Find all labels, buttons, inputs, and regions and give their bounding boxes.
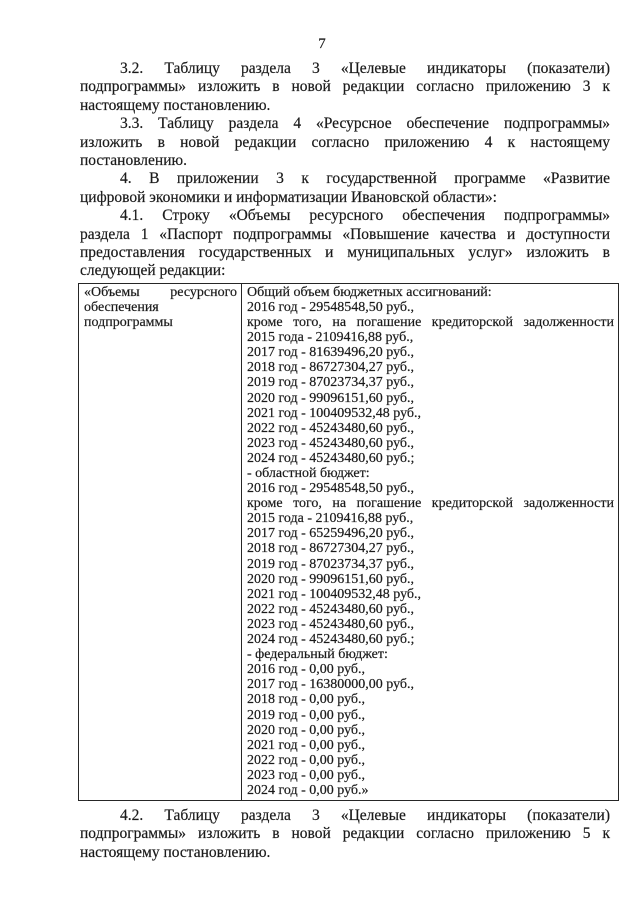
- text-line: кроме того, на погашение кредиторской за…: [247, 315, 614, 330]
- text-line: 2019 год - 0,00 руб.,: [247, 708, 614, 723]
- text-line: 2022 год - 45243480,60 руб.,: [247, 421, 614, 436]
- text-line: настоящему постановлению.: [80, 97, 610, 115]
- text-line: 2020 год - 99096151,60 руб.,: [247, 572, 614, 587]
- text-line: 2022 год - 0,00 руб.,: [247, 753, 614, 768]
- text-line: 2023 год - 45243480,60 руб.,: [247, 617, 614, 632]
- text-line: обеспечения: [84, 300, 237, 315]
- text-line: - областной бюджет:: [247, 466, 614, 481]
- text-line: 3.2. Таблицу раздела 3 «Целевые индикато…: [80, 60, 610, 78]
- text-line: 2024 год - 0,00 руб.»: [247, 783, 614, 798]
- text-line: 2018 год - 86727304,27 руб.,: [247, 541, 614, 556]
- text-line: 2021 год - 100409532,48 руб.,: [247, 406, 614, 421]
- text-line: 2015 года - 2109416,88 руб.,: [247, 511, 614, 526]
- text-line: 2016 год - 29548548,50 руб.,: [247, 300, 614, 315]
- text-line: 2023 год - 45243480,60 руб.,: [247, 436, 614, 451]
- paragraph-3-3: 3.3. Таблицу раздела 4 «Ресурсное обеспе…: [80, 115, 610, 170]
- text-line: кроме того, на погашение кредиторской за…: [247, 496, 614, 511]
- text-line: 4.1. Строку «Объемы ресурсного обеспечен…: [80, 207, 610, 225]
- text-line: 2017 год - 81639496,20 руб.,: [247, 345, 614, 360]
- row-values-cell: Общий объем бюджетных ассигнований:2016 …: [242, 283, 619, 800]
- text-line: цифровой экономики и информатизации Иван…: [80, 189, 610, 207]
- text-line: 2016 год - 29548548,50 руб.,: [247, 481, 614, 496]
- text-line: 2023 год - 0,00 руб.,: [247, 768, 614, 783]
- text-line: - федеральный бюджет:: [247, 647, 614, 662]
- text-line: 2024 год - 45243480,60 руб.;: [247, 451, 614, 466]
- text-line: 4.2. Таблицу раздела 3 «Целевые индикато…: [80, 807, 610, 825]
- text-line: подпрограммы» изложить в новой редакции …: [80, 78, 610, 96]
- text-line: 3.3. Таблицу раздела 4 «Ресурсное обеспе…: [80, 115, 610, 133]
- text-line: 2020 год - 99096151,60 руб.,: [247, 391, 614, 406]
- paragraph-3-2: 3.2. Таблицу раздела 3 «Целевые индикато…: [80, 60, 610, 115]
- document-page: 7 3.2. Таблицу раздела 3 «Целевые индика…: [0, 0, 640, 905]
- text-line: 2019 год - 87023734,37 руб.,: [247, 557, 614, 572]
- table-row: «Объемы ресурсногообеспеченияподпрограмм…: [79, 283, 619, 800]
- text-line: предоставления государственных и муницип…: [80, 244, 610, 262]
- text-line: раздела 1 «Паспорт подпрограммы «Повышен…: [80, 226, 610, 244]
- text-line: «Объемы ресурсного: [84, 285, 237, 300]
- text-line: 2018 год - 86727304,27 руб.,: [247, 360, 614, 375]
- text-line: 2021 год - 100409532,48 руб.,: [247, 587, 614, 602]
- text-line: 2019 год - 87023734,37 руб.,: [247, 375, 614, 390]
- text-line: подпрограммы» изложить в новой редакции …: [80, 825, 610, 843]
- row-header-cell: «Объемы ресурсногообеспеченияподпрограмм…: [79, 283, 242, 800]
- text-line: изложить в новой редакции согласно прило…: [80, 134, 610, 152]
- paragraph-4-1: 4.1. Строку «Объемы ресурсного обеспечен…: [80, 207, 610, 281]
- text-line: постановлению.: [80, 152, 610, 170]
- text-line: 2020 год - 0,00 руб.,: [247, 723, 614, 738]
- text-line: 2024 год - 45243480,60 руб.;: [247, 632, 614, 647]
- paragraph-4-2: 4.2. Таблицу раздела 3 «Целевые индикато…: [80, 807, 610, 862]
- text-line: подпрограммы: [84, 315, 237, 330]
- paragraph-4: 4. В приложении 3 к государственной прог…: [80, 170, 610, 207]
- text-line: 2017 год - 16380000,00 руб.,: [247, 677, 614, 692]
- page-number: 7: [80, 36, 564, 53]
- text-line: 2018 год - 0,00 руб.,: [247, 692, 614, 707]
- resource-allocation-table: «Объемы ресурсногообеспеченияподпрограмм…: [78, 283, 619, 801]
- text-line: следующей редакции:: [80, 262, 610, 280]
- text-line: Общий объем бюджетных ассигнований:: [247, 285, 614, 300]
- text-line: 2017 год - 65259496,20 руб.,: [247, 526, 614, 541]
- text-line: 2016 год - 0,00 руб.,: [247, 662, 614, 677]
- text-line: 2022 год - 45243480,60 руб.,: [247, 602, 614, 617]
- text-line: настоящему постановлению.: [80, 844, 610, 862]
- text-line: 4. В приложении 3 к государственной прог…: [80, 170, 610, 188]
- text-line: 2021 год - 0,00 руб.,: [247, 738, 614, 753]
- text-line: 2015 года - 2109416,88 руб.,: [247, 330, 614, 345]
